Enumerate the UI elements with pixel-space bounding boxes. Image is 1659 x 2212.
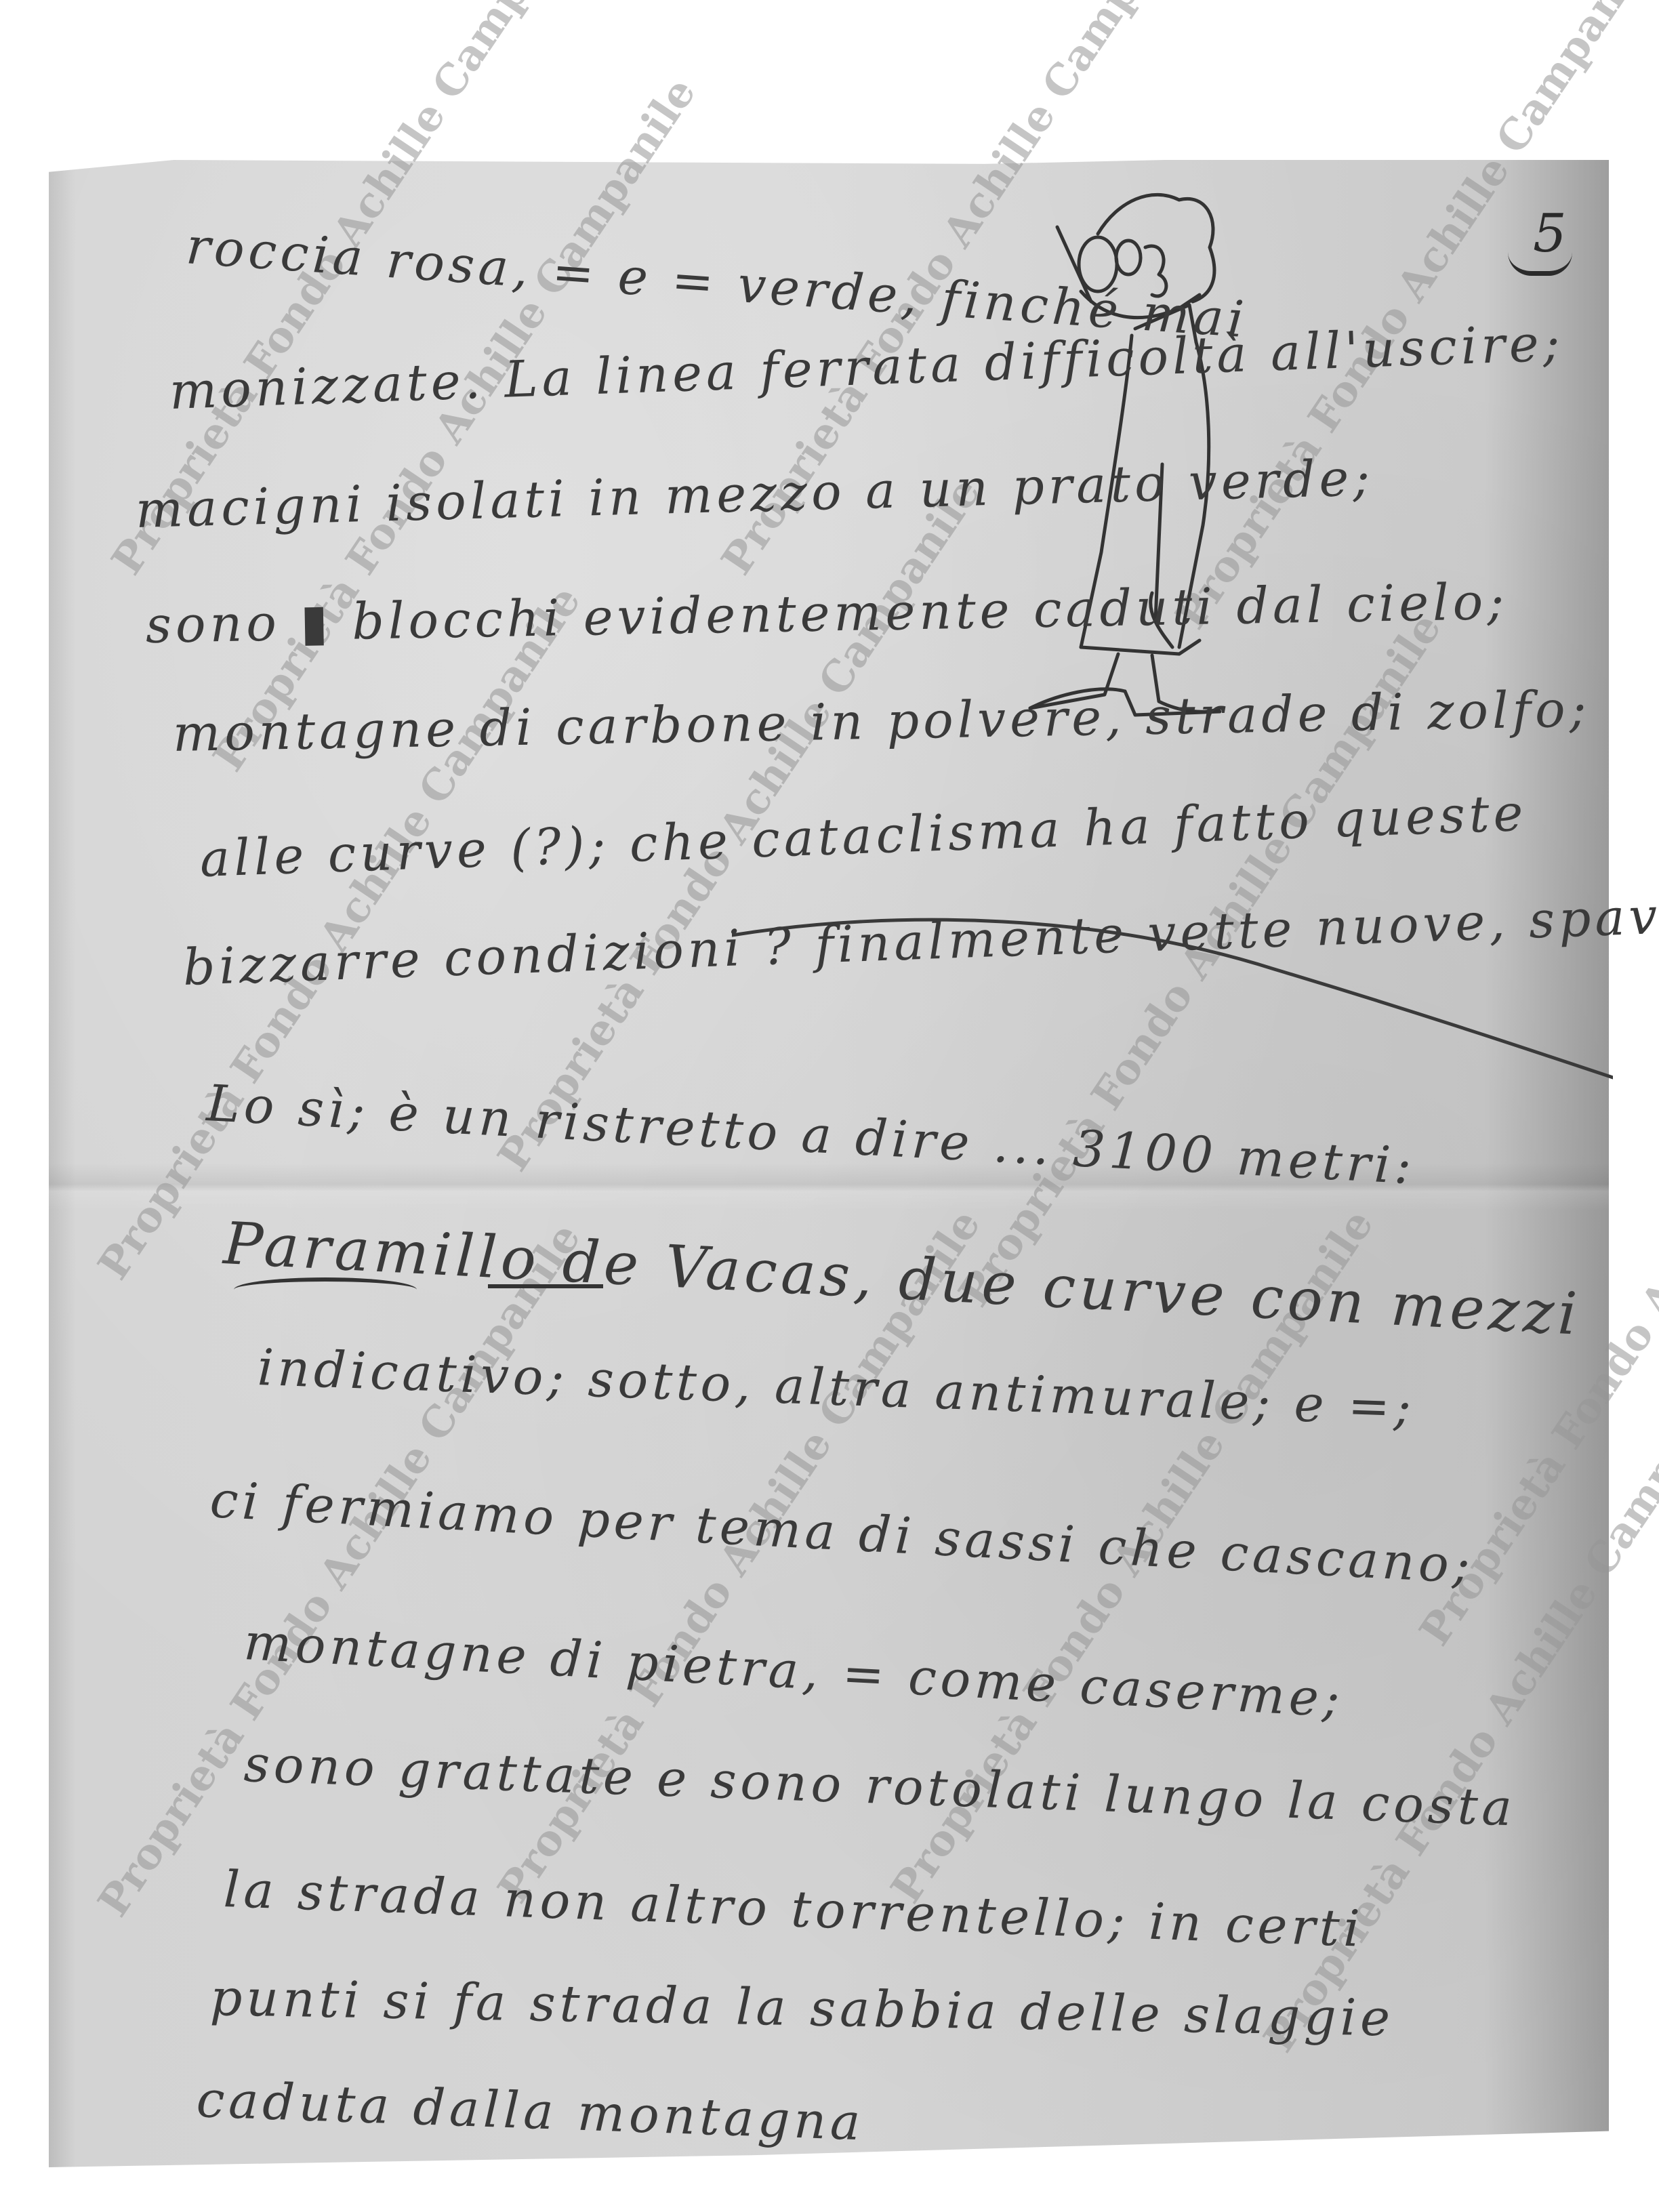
place-name-underline: [488, 1284, 603, 1296]
place-name-underline: [234, 1277, 417, 1302]
